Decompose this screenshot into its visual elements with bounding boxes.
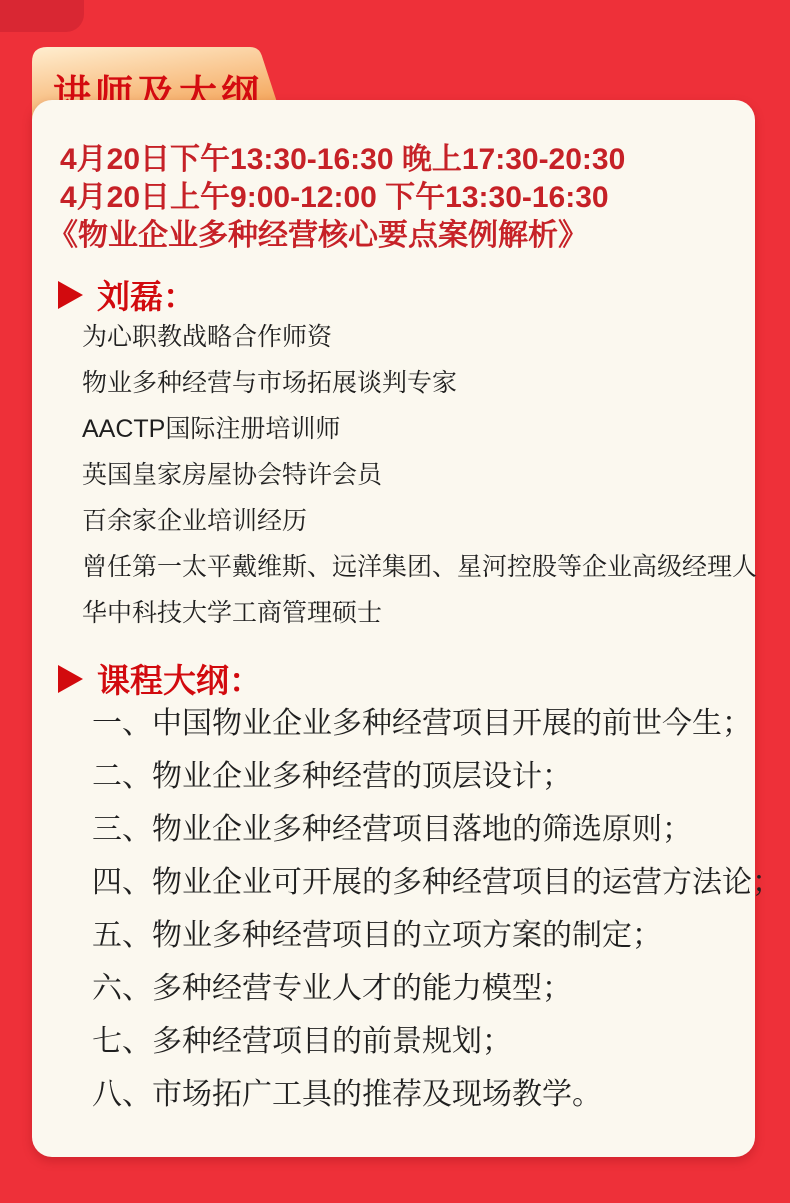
credential-item: 为心职教战略合作师资	[82, 314, 757, 360]
outline-item: 六、多种经营专业人才的能力模型；	[92, 962, 782, 1015]
lecturer-name: 刘磊：	[97, 271, 196, 318]
schedule-block: 4月20日下午13:30-16:30 晚上17:30-20:30 4月20日上午…	[60, 141, 625, 255]
triangle-bullet-icon	[58, 281, 83, 309]
schedule-line-1: 4月20日下午13:30-16:30 晚上17:30-20:30	[60, 141, 625, 179]
outline-item: 七、多种经营项目的前景规划；	[92, 1015, 782, 1068]
course-title: 《物业企业多种经营核心要点案例解析》	[48, 217, 625, 255]
credential-item: 华中科技大学工商管理硕士	[82, 590, 757, 636]
credential-item: 英国皇家房屋协会特许会员	[82, 452, 757, 498]
content-card: 4月20日下午13:30-16:30 晚上17:30-20:30 4月20日上午…	[32, 100, 755, 1157]
outline-item: 四、物业企业可开展的多种经营项目的运营方法论；	[92, 856, 782, 909]
corner-decoration	[0, 0, 84, 32]
course-outline: 一、中国物业企业多种经营项目开展的前世今生； 二、物业企业多种经营的顶层设计； …	[92, 697, 782, 1121]
lecturer-header: 刘磊：	[58, 271, 196, 318]
poster-page: 讲师及大纲 4月20日下午13:30-16:30 晚上17:30-20:30 4…	[0, 0, 790, 1203]
outline-item: 八、市场拓广工具的推荐及现场教学。	[92, 1068, 782, 1121]
outline-item: 三、物业企业多种经营项目落地的筛选原则；	[92, 803, 782, 856]
outline-item: 一、中国物业企业多种经营项目开展的前世今生；	[92, 697, 782, 750]
outline-title: 课程大纲：	[97, 655, 262, 702]
credential-item: 曾任第一太平戴维斯、远洋集团、星河控股等企业高级经理人	[82, 544, 757, 590]
credential-item: 百余家企业培训经历	[82, 498, 757, 544]
credential-item: 物业多种经营与市场拓展谈判专家	[82, 360, 757, 406]
outline-item: 二、物业企业多种经营的顶层设计；	[92, 750, 782, 803]
lecturer-credentials: 为心职教战略合作师资 物业多种经营与市场拓展谈判专家 AACTP国际注册培训师 …	[82, 314, 757, 636]
credential-item: AACTP国际注册培训师	[82, 406, 757, 452]
outline-item: 五、物业多种经营项目的立项方案的制定；	[92, 909, 782, 962]
schedule-line-2: 4月20日上午9:00-12:00 下午13:30-16:30	[60, 179, 625, 217]
outline-header: 课程大纲：	[58, 655, 262, 702]
triangle-bullet-icon	[58, 665, 83, 693]
